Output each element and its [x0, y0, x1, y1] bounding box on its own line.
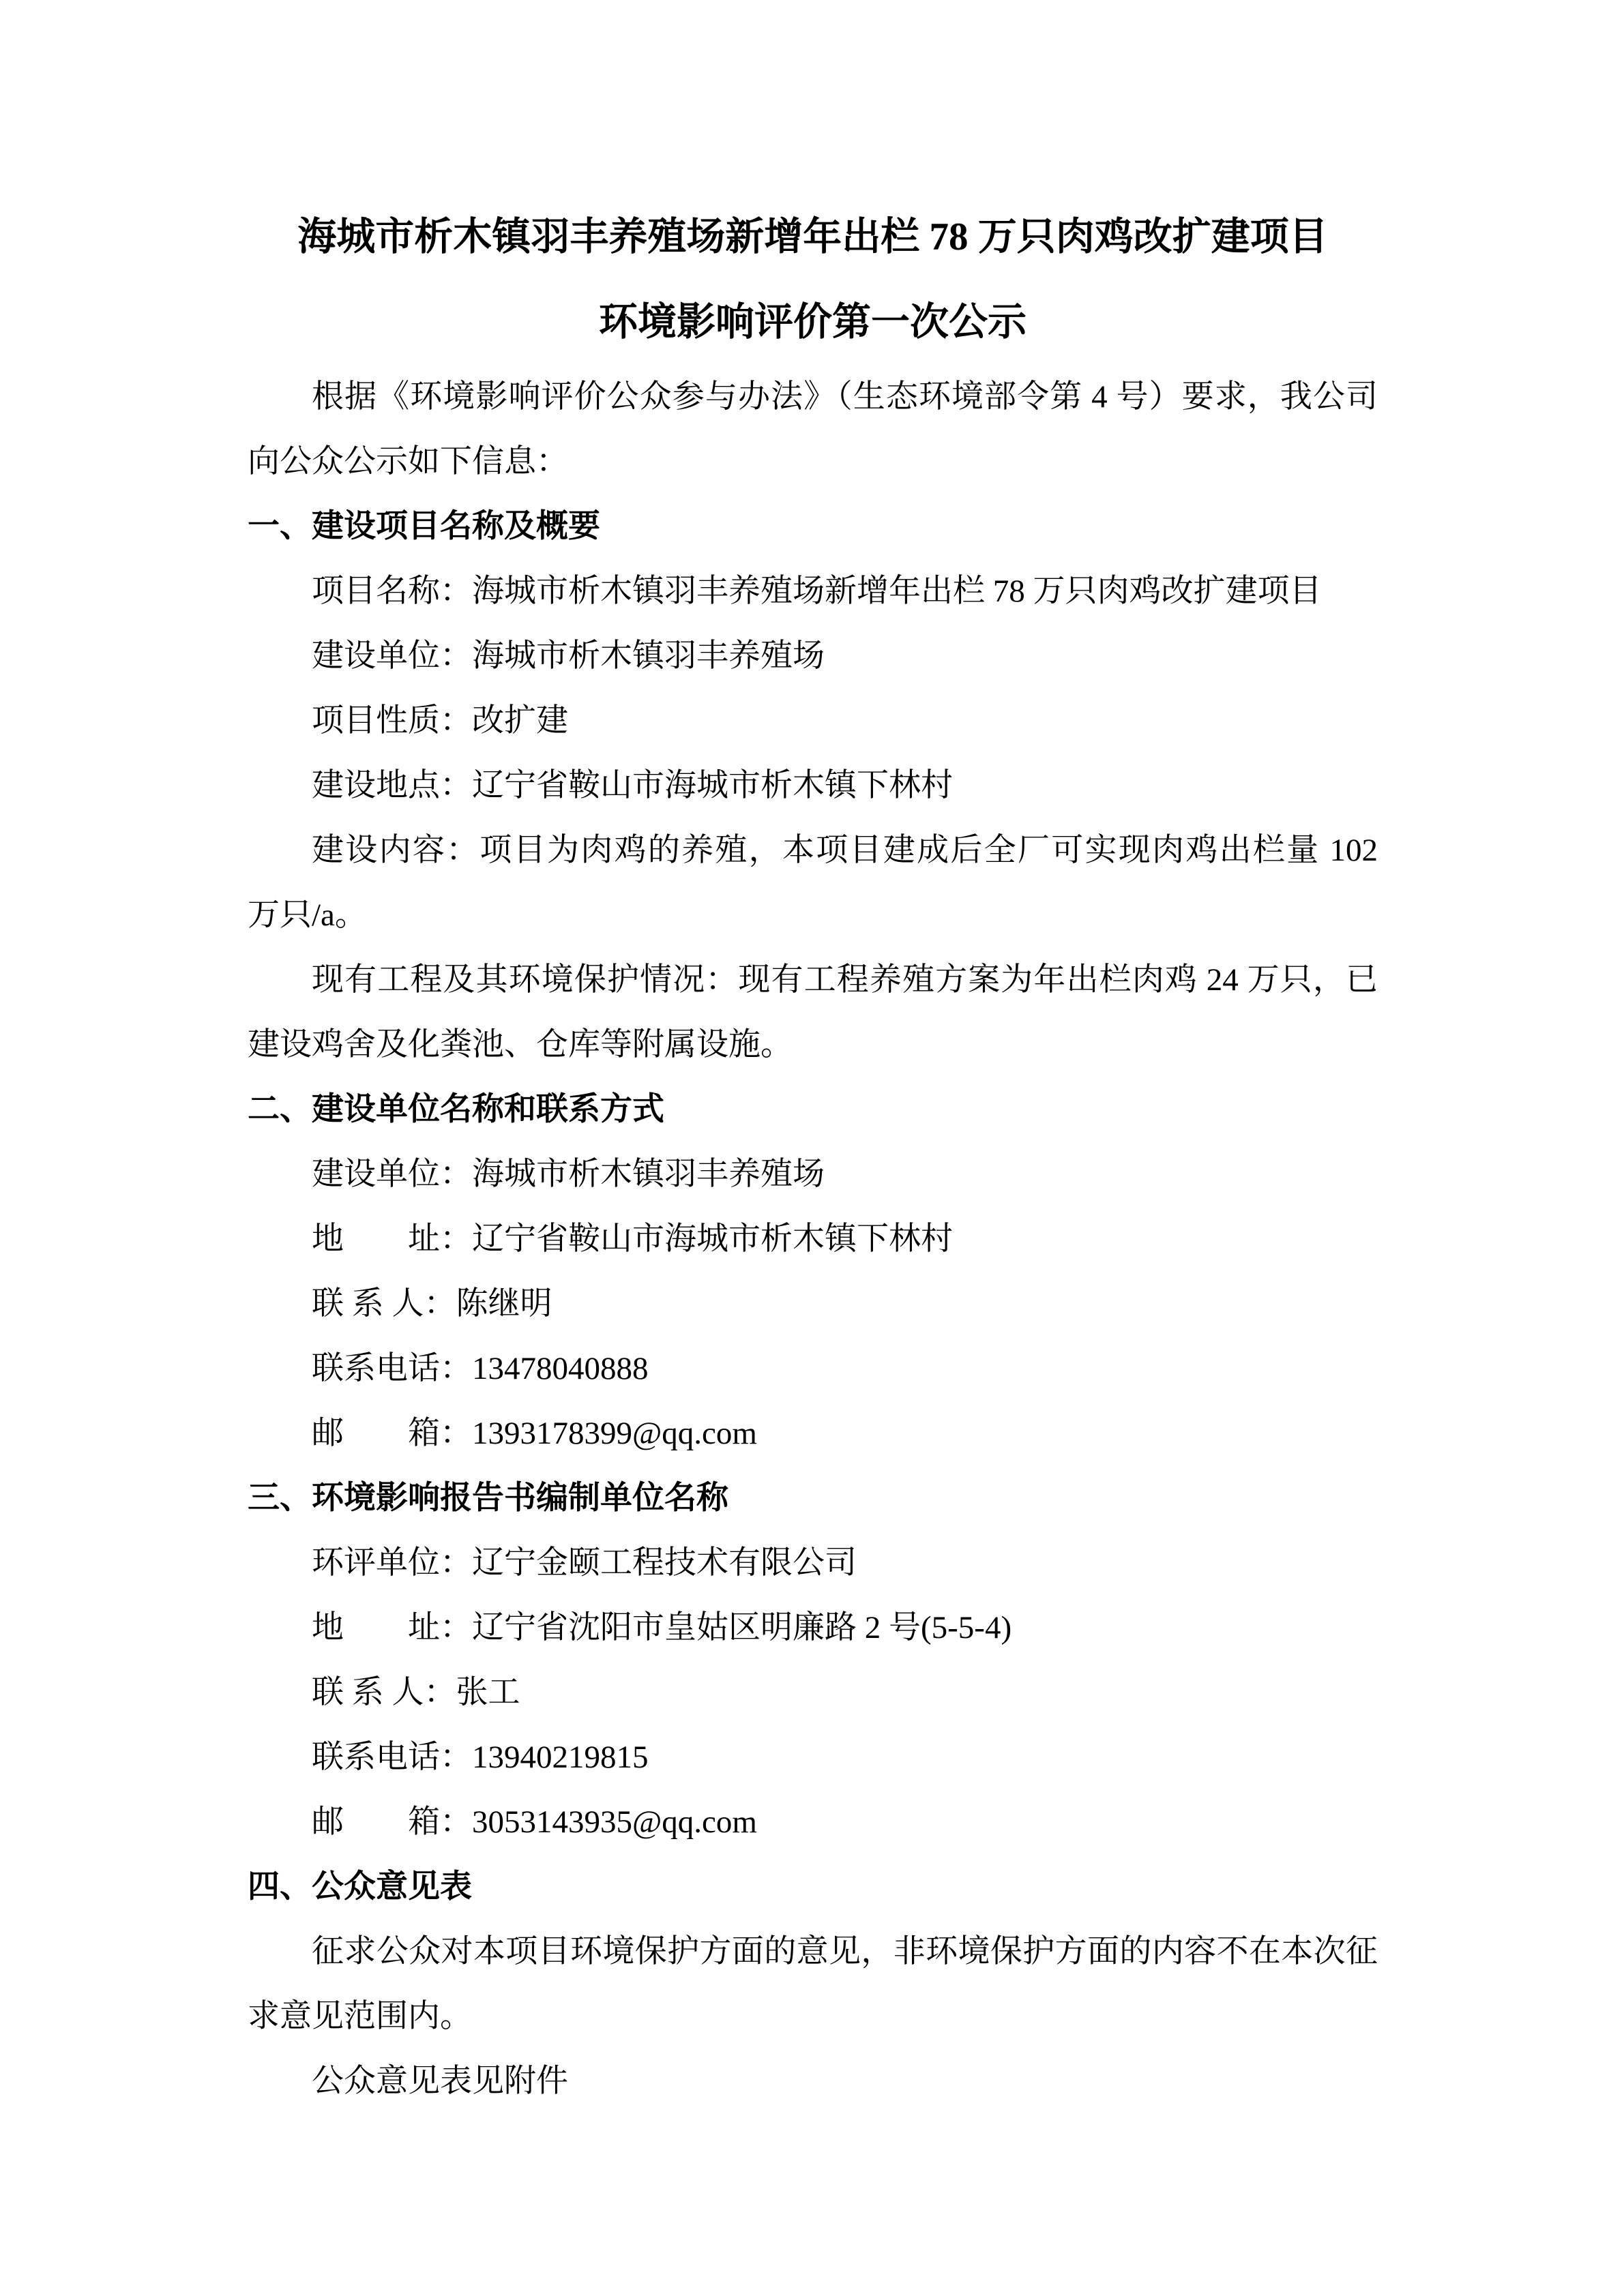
eia-phone: 联系电话：13940219815 [248, 1725, 1378, 1790]
public-notice-document: 海城市析木镇羽丰养殖场新增年出栏 78 万只肉鸡改扩建项目 环境影响评价第一次公… [0, 0, 1624, 2296]
opinion-form-attachment-note: 公众意见表见附件 [248, 2049, 1378, 2114]
intro-line-2: 向公众公示如下信息： [248, 430, 1378, 494]
eia-address: 地 址：辽宁省沈阳市皇姑区明廉路 2 号(5-5-4) [248, 1596, 1378, 1660]
construction-content-line-2: 万只/a。 [248, 883, 1378, 948]
builder-address: 地 址：辽宁省鞍山市海城市析木镇下林村 [248, 1207, 1378, 1272]
construction-unit: 建设单位：海城市析木镇羽丰养殖场 [248, 624, 1378, 689]
existing-project-line-2: 建设鸡舍及化粪池、仓库等附属设施。 [248, 1013, 1378, 1077]
document-body: 根据《环境影响评价公众参与办法》（生态环境部令第 4 号）要求，我公司 向公众公… [248, 365, 1378, 2114]
document-title: 海城市析木镇羽丰养殖场新增年出栏 78 万只肉鸡改扩建项目 环境影响评价第一次公… [248, 194, 1378, 365]
opinion-scope-line-2: 求意见范围内。 [248, 1984, 1378, 2049]
existing-project-line-1: 现有工程及其环境保护情况：现有工程养殖方案为年出栏肉鸡 24 万只，已 [248, 948, 1378, 1013]
section-2-heading: 二、建设单位名称和联系方式 [248, 1077, 1378, 1142]
eia-unit: 环评单位：辽宁金颐工程技术有限公司 [248, 1531, 1378, 1596]
section-3-heading: 三、环境影响报告书编制单位名称 [248, 1466, 1378, 1531]
project-name: 项目名称：海城市析木镇羽丰养殖场新增年出栏 78 万只肉鸡改扩建项目 [248, 559, 1378, 624]
builder-contact-person: 联 系 人：陈继明 [248, 1272, 1378, 1337]
project-nature: 项目性质：改扩建 [248, 689, 1378, 754]
builder-phone: 联系电话：13478040888 [248, 1337, 1378, 1401]
construction-content-line-1: 建设内容：项目为肉鸡的养殖，本项目建成后全厂可实现肉鸡出栏量 102 [248, 818, 1378, 883]
construction-site: 建设地点：辽宁省鞍山市海城市析木镇下林村 [248, 754, 1378, 818]
title-line-1: 海城市析木镇羽丰养殖场新增年出栏 78 万只肉鸡改扩建项目 [248, 194, 1378, 280]
builder-unit: 建设单位：海城市析木镇羽丰养殖场 [248, 1142, 1378, 1207]
section-4-heading: 四、公众意见表 [248, 1855, 1378, 1920]
section-1-heading: 一、建设项目名称及概要 [248, 494, 1378, 559]
title-line-2: 环境影响评价第一次公示 [248, 280, 1378, 365]
intro-line-1: 根据《环境影响评价公众参与办法》（生态环境部令第 4 号）要求，我公司 [248, 365, 1378, 430]
builder-email: 邮 箱：1393178399@qq.com [248, 1401, 1378, 1466]
eia-contact-person: 联 系 人：张工 [248, 1660, 1378, 1725]
opinion-scope-line-1: 征求公众对本项目环境保护方面的意见，非环境保护方面的内容不在本次征 [248, 1920, 1378, 1984]
eia-email: 邮 箱：3053143935@qq.com [248, 1790, 1378, 1855]
